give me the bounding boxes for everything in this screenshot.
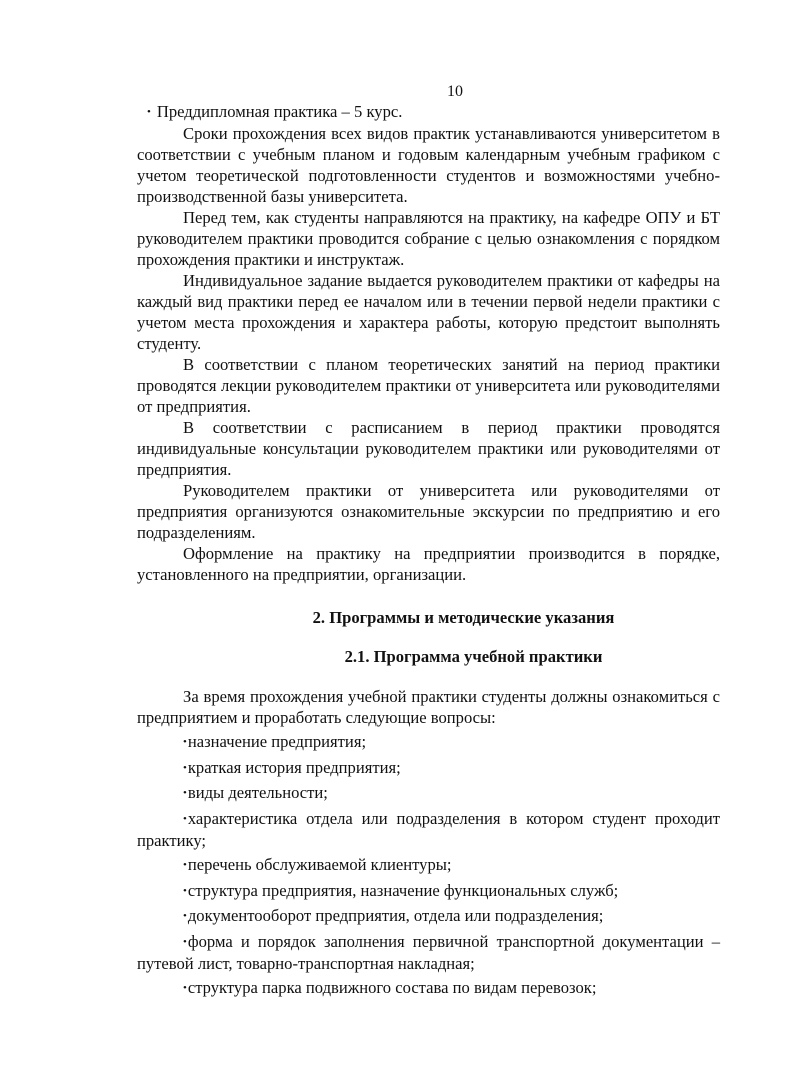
page-content: •Преддипломная практика – 5 курс. Сроки …	[137, 101, 720, 1003]
list-item-text: перечень обслуживаемой клиентуры;	[188, 855, 452, 874]
list-item: •документооборот предприятия, отдела или…	[137, 905, 720, 927]
list-item-text: форма и порядок заполнения первичной тра…	[137, 932, 720, 973]
topics-list: •назначение предприятия; •краткая истори…	[137, 731, 720, 999]
bullet-icon: •	[183, 813, 187, 825]
bullet-icon: •	[147, 106, 151, 118]
bullet-icon: •	[183, 787, 187, 799]
bullet-icon: •	[183, 982, 187, 994]
paragraph-schedule: Сроки прохождения всех видов практик уст…	[137, 123, 720, 207]
paragraph-individual-task: Индивидуальное задание выдается руководи…	[137, 270, 720, 354]
list-item-text: краткая история предприятия;	[188, 758, 401, 777]
list-item-text: структура парка подвижного состава по ви…	[188, 978, 597, 997]
section-intro: За время прохождения учебной практики ст…	[137, 686, 720, 728]
section-title: 2. Программы и методические указания	[137, 607, 720, 628]
subsection-title: 2.1. Программа учебной практики	[137, 646, 720, 667]
bullet-icon: •	[183, 762, 187, 774]
list-item: •структура парка подвижного состава по в…	[137, 977, 720, 999]
list-item-text: назначение предприятия;	[188, 732, 366, 751]
list-item: •характеристика отдела или подразделения…	[137, 808, 720, 851]
list-item-text: виды деятельности;	[188, 783, 328, 802]
bullet-icon: •	[183, 859, 187, 871]
list-item: •назначение предприятия;	[137, 731, 720, 753]
bullet-icon: •	[183, 736, 187, 748]
paragraph-meeting: Перед тем, как студенты направляются на …	[137, 207, 720, 270]
paragraph-registration: Оформление на практику на предприятии пр…	[137, 543, 720, 585]
document-page: 10 •Преддипломная практика – 5 курс. Сро…	[0, 0, 797, 1080]
paragraph-excursions: Руководителем практики от университета и…	[137, 480, 720, 543]
list-item-text: структура предприятия, назначение функци…	[188, 881, 618, 900]
list-item: •структура предприятия, назначение функц…	[137, 880, 720, 902]
paragraph-lectures: В соответствии с планом теоретических за…	[137, 354, 720, 417]
list-item-text: характеристика отдела или подразделения …	[137, 809, 720, 850]
bullet-icon: •	[183, 910, 187, 922]
page-number: 10	[0, 82, 797, 102]
list-item: •форма и порядок заполнения первичной тр…	[137, 931, 720, 974]
list-item-text: документооборот предприятия, отдела или …	[188, 906, 603, 925]
paragraph-consultations: В соответствии с расписанием в период пр…	[137, 417, 720, 480]
bullet-icon: •	[183, 936, 187, 948]
list-item: •виды деятельности;	[137, 782, 720, 804]
bullet-icon: •	[183, 885, 187, 897]
paragraph-lead: Сроки прохождения всех видов практик уст…	[183, 124, 596, 143]
top-bullet-item: •Преддипломная практика – 5 курс.	[137, 101, 720, 123]
top-bullet-text: Преддипломная практика – 5 курс.	[157, 102, 403, 121]
list-item: •перечень обслуживаемой клиентуры;	[137, 854, 720, 876]
list-item: •краткая история предприятия;	[137, 757, 720, 779]
